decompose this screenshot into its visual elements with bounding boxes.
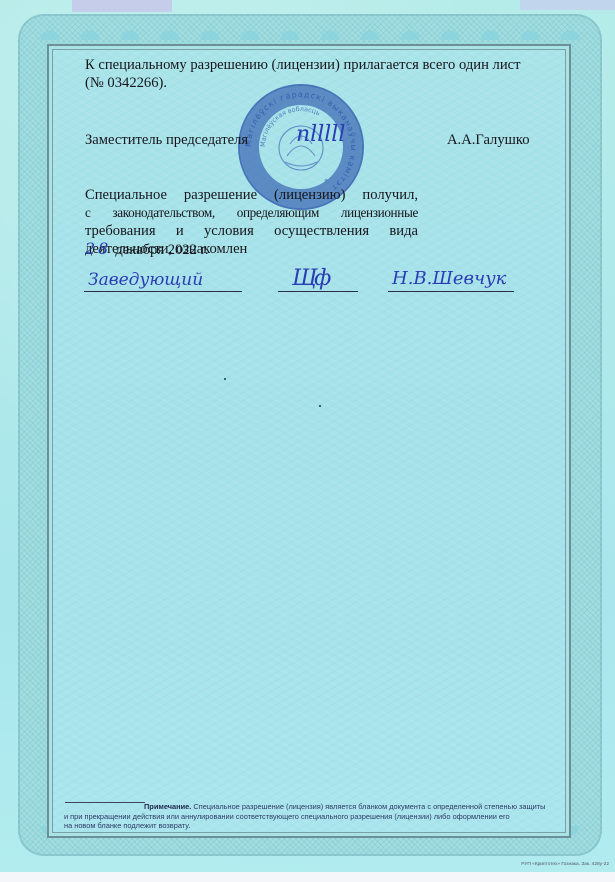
scan-bottom-edge	[0, 872, 615, 882]
deputy-name: А.А.Галушко	[447, 131, 530, 149]
signature-line-position	[84, 291, 242, 292]
license-sheet: Магілёўскі гарадскі выканаўчы камітэт Ма…	[0, 0, 615, 872]
scan-edge	[520, 0, 615, 10]
recipient-signature: Щф	[292, 266, 328, 291]
svg-text:*: *	[324, 177, 328, 186]
handwritten-day: 28	[85, 239, 111, 258]
printed-date: декабря 2022 г.	[115, 242, 208, 258]
scan-edge	[72, 0, 172, 12]
ack-line-1: Специальное разрешение (лицензию) получи…	[85, 186, 418, 204]
signature-line-name	[388, 291, 514, 292]
footnote-label: Примечание.	[144, 802, 191, 811]
signature-line-signature	[278, 291, 358, 292]
attachment-number: (№ 0342266).	[85, 74, 167, 92]
footnote-line-3: на новом бланке подлежит возврату.	[64, 821, 554, 831]
handwritten-name: Н.В.Шевчук	[392, 268, 506, 289]
ack-line-2: с законодательством, определяющим лиценз…	[85, 204, 418, 222]
printer-mark: РУП «Криптотех» Гознака. Зак. 428у-22	[521, 862, 609, 867]
deputy-signature: nlllll	[296, 122, 345, 147]
speck	[319, 405, 321, 407]
footnote-line-2: и при прекращении действия или аннулиров…	[64, 812, 554, 822]
deputy-title: Заместитель председателя	[85, 131, 248, 149]
attachment-statement: К специальному разрешению (лицензии) при…	[85, 56, 555, 74]
speck	[224, 378, 226, 380]
ack-line-3: требования и условия осуществления вида	[85, 222, 418, 240]
ornament-top	[30, 18, 590, 40]
handwritten-position: Заведующий	[88, 270, 203, 290]
footnote: Примечание. Специальное разрешение (лице…	[64, 802, 554, 831]
footnote-line-1: Специальное разрешение (лицензия) являет…	[191, 802, 545, 811]
acknowledgement-date: 28декабря 2022 г.	[85, 240, 209, 259]
